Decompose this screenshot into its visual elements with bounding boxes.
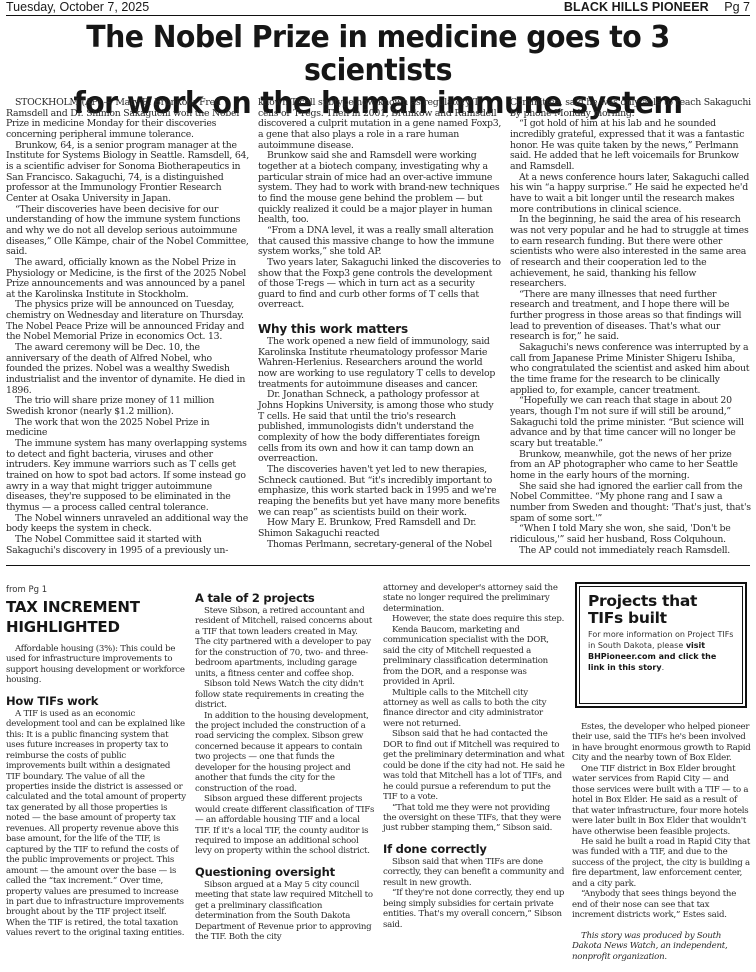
paragraph: Sibson told News Watch the city didn't f… — [195, 679, 375, 710]
tif-column-3: attorney and developer's attorney said t… — [383, 583, 565, 930]
info-box-text: For more information on Project TIFs in … — [588, 630, 733, 650]
paragraph: Multiple calls to the Mitchell city atto… — [383, 688, 565, 730]
projects-info-box: Projects that TIFs built For more inform… — [575, 582, 747, 708]
paragraph: The Nobel winners unraveled an additiona… — [6, 514, 250, 535]
subhead-questioning-oversight: Questioning oversight — [195, 865, 375, 879]
paragraph: A TIF is used as an economic development… — [6, 709, 186, 939]
paragraph: “There are many illnesses that need furt… — [510, 290, 752, 343]
subhead-how-tifs-work: How TIFs work — [6, 694, 186, 708]
paragraph: Two years later, Sakaguchi linked the di… — [258, 258, 502, 311]
paragraph: Sakaguchi's news conference was interrup… — [510, 343, 752, 396]
nobel-column-2: known T cell subtype now known as regula… — [258, 98, 502, 550]
tif-column-1: Affordable housing (3%): This could be u… — [6, 644, 186, 939]
subhead-tale-of-2-projects: A tale of 2 projects — [195, 591, 375, 605]
paragraph: Brunkow, meanwhile, got the news of her … — [510, 450, 752, 482]
paragraph: The physics prize will be announced on T… — [6, 300, 250, 343]
tif-headline: TAX INCREMENT HIGHLIGHTED — [6, 597, 186, 637]
paragraph: The AP could not immediately reach Ramsd… — [510, 546, 752, 557]
paragraph: The discoveries haven't yet led to new t… — [258, 465, 502, 518]
paragraph: Sibson argued at a May 5 city council me… — [195, 880, 375, 943]
issue-date: Tuesday, October 7, 2025 — [6, 0, 149, 14]
paragraph: The immune system has many overlapping s… — [6, 439, 250, 514]
paragraph: The work that won the 2025 Nobel Prize i… — [6, 418, 250, 439]
paragraph: Sibson said that when TIFs are done corr… — [383, 857, 565, 888]
paragraph: known T cell subtype now known as regula… — [258, 98, 502, 151]
paragraph: Dr. Jonathan Schneck, a pathology profes… — [258, 390, 502, 465]
page-number: Pg 7 — [724, 0, 750, 14]
paragraph: One TIF district in Box Elder brought wa… — [572, 764, 752, 837]
paragraph: Sibson argued these different projects w… — [195, 794, 375, 857]
paragraph: Estes, the developer who helped pioneer … — [572, 722, 752, 764]
paragraph: The trio will share prize money of 11 mi… — [6, 396, 250, 417]
paragraph: He said he built a road in Rapid City th… — [572, 837, 752, 889]
paragraph: Kenda Baucom, marketing and communicatio… — [383, 625, 565, 688]
folio-right: BLACK HILLS PIONEER Pg 7 — [564, 0, 750, 14]
paragraph: Steve Sibson, a retired accountant and r… — [195, 606, 375, 679]
newspaper-name: BLACK HILLS PIONEER — [564, 0, 709, 14]
info-box-body: For more information on Project TIFs in … — [588, 629, 734, 673]
page-folio: Tuesday, October 7, 2025 BLACK HILLS PIO… — [6, 0, 750, 16]
paragraph: Affordable housing (3%): This could be u… — [6, 644, 186, 686]
subhead-why-this-work-matters: Why this work matters — [258, 322, 502, 336]
paragraph: Brunkow, 64, is a senior program manager… — [6, 141, 250, 205]
paragraph: In the beginning, he said the area of hi… — [510, 215, 752, 290]
paragraph: The award ceremony will be Dec. 10, the … — [6, 343, 250, 396]
subhead-if-done-correctly: If done correctly — [383, 842, 565, 856]
paragraph: Sibson said that he had contacted the DO… — [383, 729, 565, 802]
paragraph: “Anybody that sees things beyond the end… — [572, 889, 752, 920]
info-box-inner: Projects that TIFs built For more inform… — [579, 586, 743, 704]
paragraph: The work opened a new field of immunolog… — [258, 337, 502, 390]
paragraph: The award, officially known as the Nobel… — [6, 258, 250, 301]
paragraph: She said she had ignored the earlier cal… — [510, 482, 752, 525]
paragraph: STOCKHOLM (AP) — Mary E. Brunkow, Fred R… — [6, 98, 250, 141]
paragraph: Brunkow said she and Ramsdell were worki… — [258, 151, 502, 226]
paragraph: However, the state does require this ste… — [383, 614, 565, 624]
info-box-period: . — [662, 663, 665, 672]
paragraph: “From a DNA level, it was a really small… — [258, 226, 502, 258]
section-divider — [6, 565, 750, 566]
jump-label: from Pg 1 — [6, 585, 47, 595]
paragraph: Committee, said he was only able to reac… — [510, 98, 752, 119]
paragraph: Thomas Perlmann, secretary-general of th… — [258, 540, 502, 551]
headline-line-1: The Nobel Prize in medicine goes to 3 sc… — [26, 21, 729, 87]
paragraph: “I got hold of him at his lab and he sou… — [510, 119, 752, 172]
paragraph: In addition to the housing development, … — [195, 711, 375, 795]
paragraph: “If they're not done correctly, they end… — [383, 888, 565, 930]
paragraph: “Hopefully we can reach that stage in ab… — [510, 396, 752, 449]
tif-column-2: A tale of 2 projects Steve Sibson, a ret… — [195, 591, 375, 943]
paragraph: The Nobel Committee said it started with… — [6, 535, 250, 556]
paragraph: How Mary E. Brunkow, Fred Ramsdell and D… — [258, 518, 502, 539]
paragraph: attorney and developer's attorney said t… — [383, 583, 565, 614]
paragraph: “Their discoveries have been decisive fo… — [6, 205, 250, 258]
nobel-column-1: STOCKHOLM (AP) — Mary E. Brunkow, Fred R… — [6, 98, 250, 556]
paragraph: “That told me they were not providing th… — [383, 803, 565, 834]
info-box-title: Projects that TIFs built — [588, 593, 734, 627]
story-credit: This story was produced by South Dakota … — [572, 931, 752, 962]
nobel-column-3: Committee, said he was only able to reac… — [510, 98, 752, 556]
paragraph: At a news conference hours later, Sakagu… — [510, 173, 752, 216]
tif-column-4: Estes, the developer who helped pioneer … — [572, 722, 752, 962]
paragraph: “When I told Mary she won, she said, 'Do… — [510, 524, 752, 545]
